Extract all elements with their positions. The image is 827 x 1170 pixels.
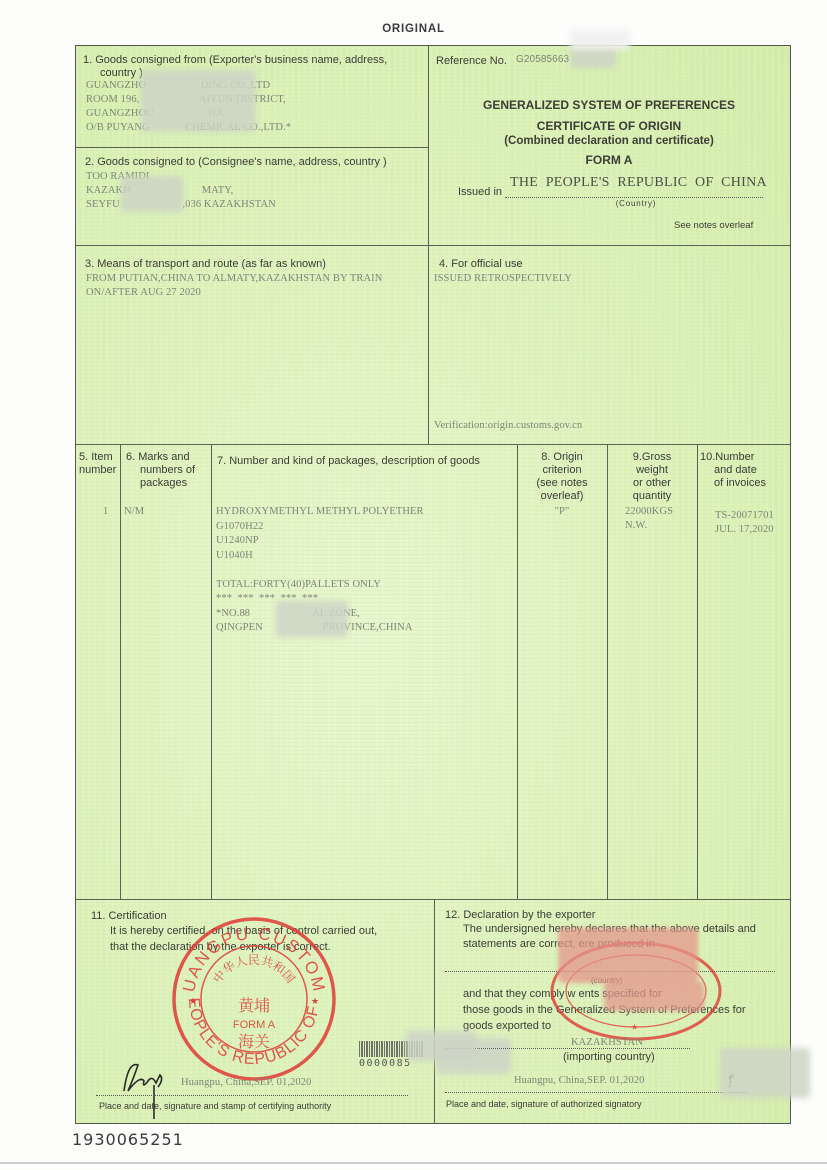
- issued-in-country: THE PEOPLE'S REPUBLIC OF CHINA: [510, 176, 767, 191]
- box2-label: 2. Goods consigned to (Consignee's name,…: [85, 156, 387, 169]
- signature-line: [96, 1095, 408, 1096]
- verification-url[interactable]: Verification:origin.customs.gov.cn: [434, 419, 582, 434]
- customs-stamp: HUANGPU CUSTOMS THE PEOPLE'S REPUBLIC OF…: [169, 914, 339, 1084]
- redaction: [558, 928, 698, 983]
- box1-label: 1. Goods consigned from (Exporter's busi…: [83, 54, 387, 67]
- gross-weight: 22000KGS: [625, 505, 673, 520]
- header-gross: 9.Grossweight or otherquantity: [607, 451, 697, 503]
- header-origin: 8. Origincriterion (see notesoverleaf): [517, 451, 607, 503]
- header-item: 5. Itemnumber: [79, 451, 116, 477]
- importing-country-caption: (importing country): [563, 1051, 655, 1064]
- box11-label: 11. Certification: [91, 910, 167, 923]
- transport-route: FROM PUTIAN,CHINA TO ALMATY,KAZAKHSTAN B…: [86, 272, 382, 287]
- redaction: [406, 1031, 476, 1061]
- redaction: [570, 30, 630, 50]
- stamp-center-3: 海关: [238, 1032, 270, 1051]
- divider: [211, 444, 212, 899]
- divider: [76, 147, 428, 148]
- svg-text:*: *: [632, 1021, 638, 1037]
- serial-number: 1930065251: [72, 1130, 184, 1149]
- weight-basis: N.W.: [625, 519, 647, 534]
- stamp-center-1: 黄埔: [238, 996, 270, 1015]
- divider: [76, 899, 790, 900]
- redaction: [720, 1048, 810, 1098]
- country-caption: (Country): [596, 197, 676, 210]
- svg-text:★: ★: [311, 996, 319, 1006]
- redaction: [141, 70, 256, 132]
- issued-in-label: Issued in: [458, 186, 502, 199]
- marks-value: N/M: [124, 505, 144, 520]
- redaction: [121, 176, 183, 212]
- header-description: 7. Number and kind of packages, descript…: [217, 455, 480, 468]
- reference-label: Reference No.: [436, 55, 507, 68]
- certificate-subtitle: (Combined declaration and certificate): [428, 135, 790, 148]
- divider: [76, 245, 790, 246]
- divider: [120, 444, 121, 899]
- declaration-text: goods exported to: [463, 1020, 551, 1033]
- official-use-value: ISSUED RETROSPECTIVELY: [434, 272, 572, 287]
- signatory-line: [445, 1092, 749, 1093]
- box12-caption: Place and date, signature of authorized …: [446, 1098, 642, 1111]
- reference-number: G20585663: [516, 53, 569, 68]
- invoice-number: TS-20071701: [715, 509, 774, 524]
- importing-country-line: [445, 1048, 690, 1049]
- box12-label: 12. Declaration by the exporter: [445, 909, 595, 922]
- page-edge: [0, 1162, 827, 1164]
- barcode-number: 0000085: [359, 1058, 412, 1069]
- invoice-date: JUL. 17,2020: [715, 523, 774, 538]
- transport-date: ON/AFTER AUG 27 2020: [86, 286, 201, 301]
- gsp-title: GENERALIZED SYSTEM OF PREFERENCES: [428, 99, 790, 112]
- certification-place-date: Huangpu, China,SEP. 01,2020: [181, 1076, 311, 1091]
- origin-criterion: "P": [517, 505, 607, 520]
- redaction: [276, 601, 348, 637]
- header-invoice: 10.Number and date of invoices: [700, 451, 766, 490]
- divider: [697, 444, 698, 899]
- divider: [434, 899, 435, 1124]
- original-heading: ORIGINAL: [0, 23, 827, 35]
- header-marks: 6. Marks and numbers of packages: [126, 451, 195, 490]
- box3-label: 3. Means of transport and route (as far …: [85, 258, 326, 271]
- redaction: [604, 981, 704, 1011]
- declaration-place-date: Huangpu, China,SEP. 01,2020: [514, 1074, 644, 1089]
- box4-label: 4. For official use: [439, 258, 523, 271]
- certificate-form: 1. Goods consigned from (Exporter's busi…: [75, 45, 791, 1124]
- divider: [76, 444, 790, 445]
- svg-text:★: ★: [189, 996, 197, 1006]
- see-notes: See notes overleaf: [674, 219, 753, 232]
- certificate-title: CERTIFICATE OF ORIGIN: [428, 120, 790, 133]
- stamp-center-2: FORM A: [233, 1019, 276, 1031]
- item-number: 1: [103, 505, 108, 520]
- divider: [607, 444, 608, 899]
- form-a-title: FORM A: [428, 154, 790, 167]
- box11-caption: Place and date, signature and stamp of c…: [99, 1100, 331, 1113]
- stamp-inner-arc: 中华人民共和国: [209, 953, 297, 986]
